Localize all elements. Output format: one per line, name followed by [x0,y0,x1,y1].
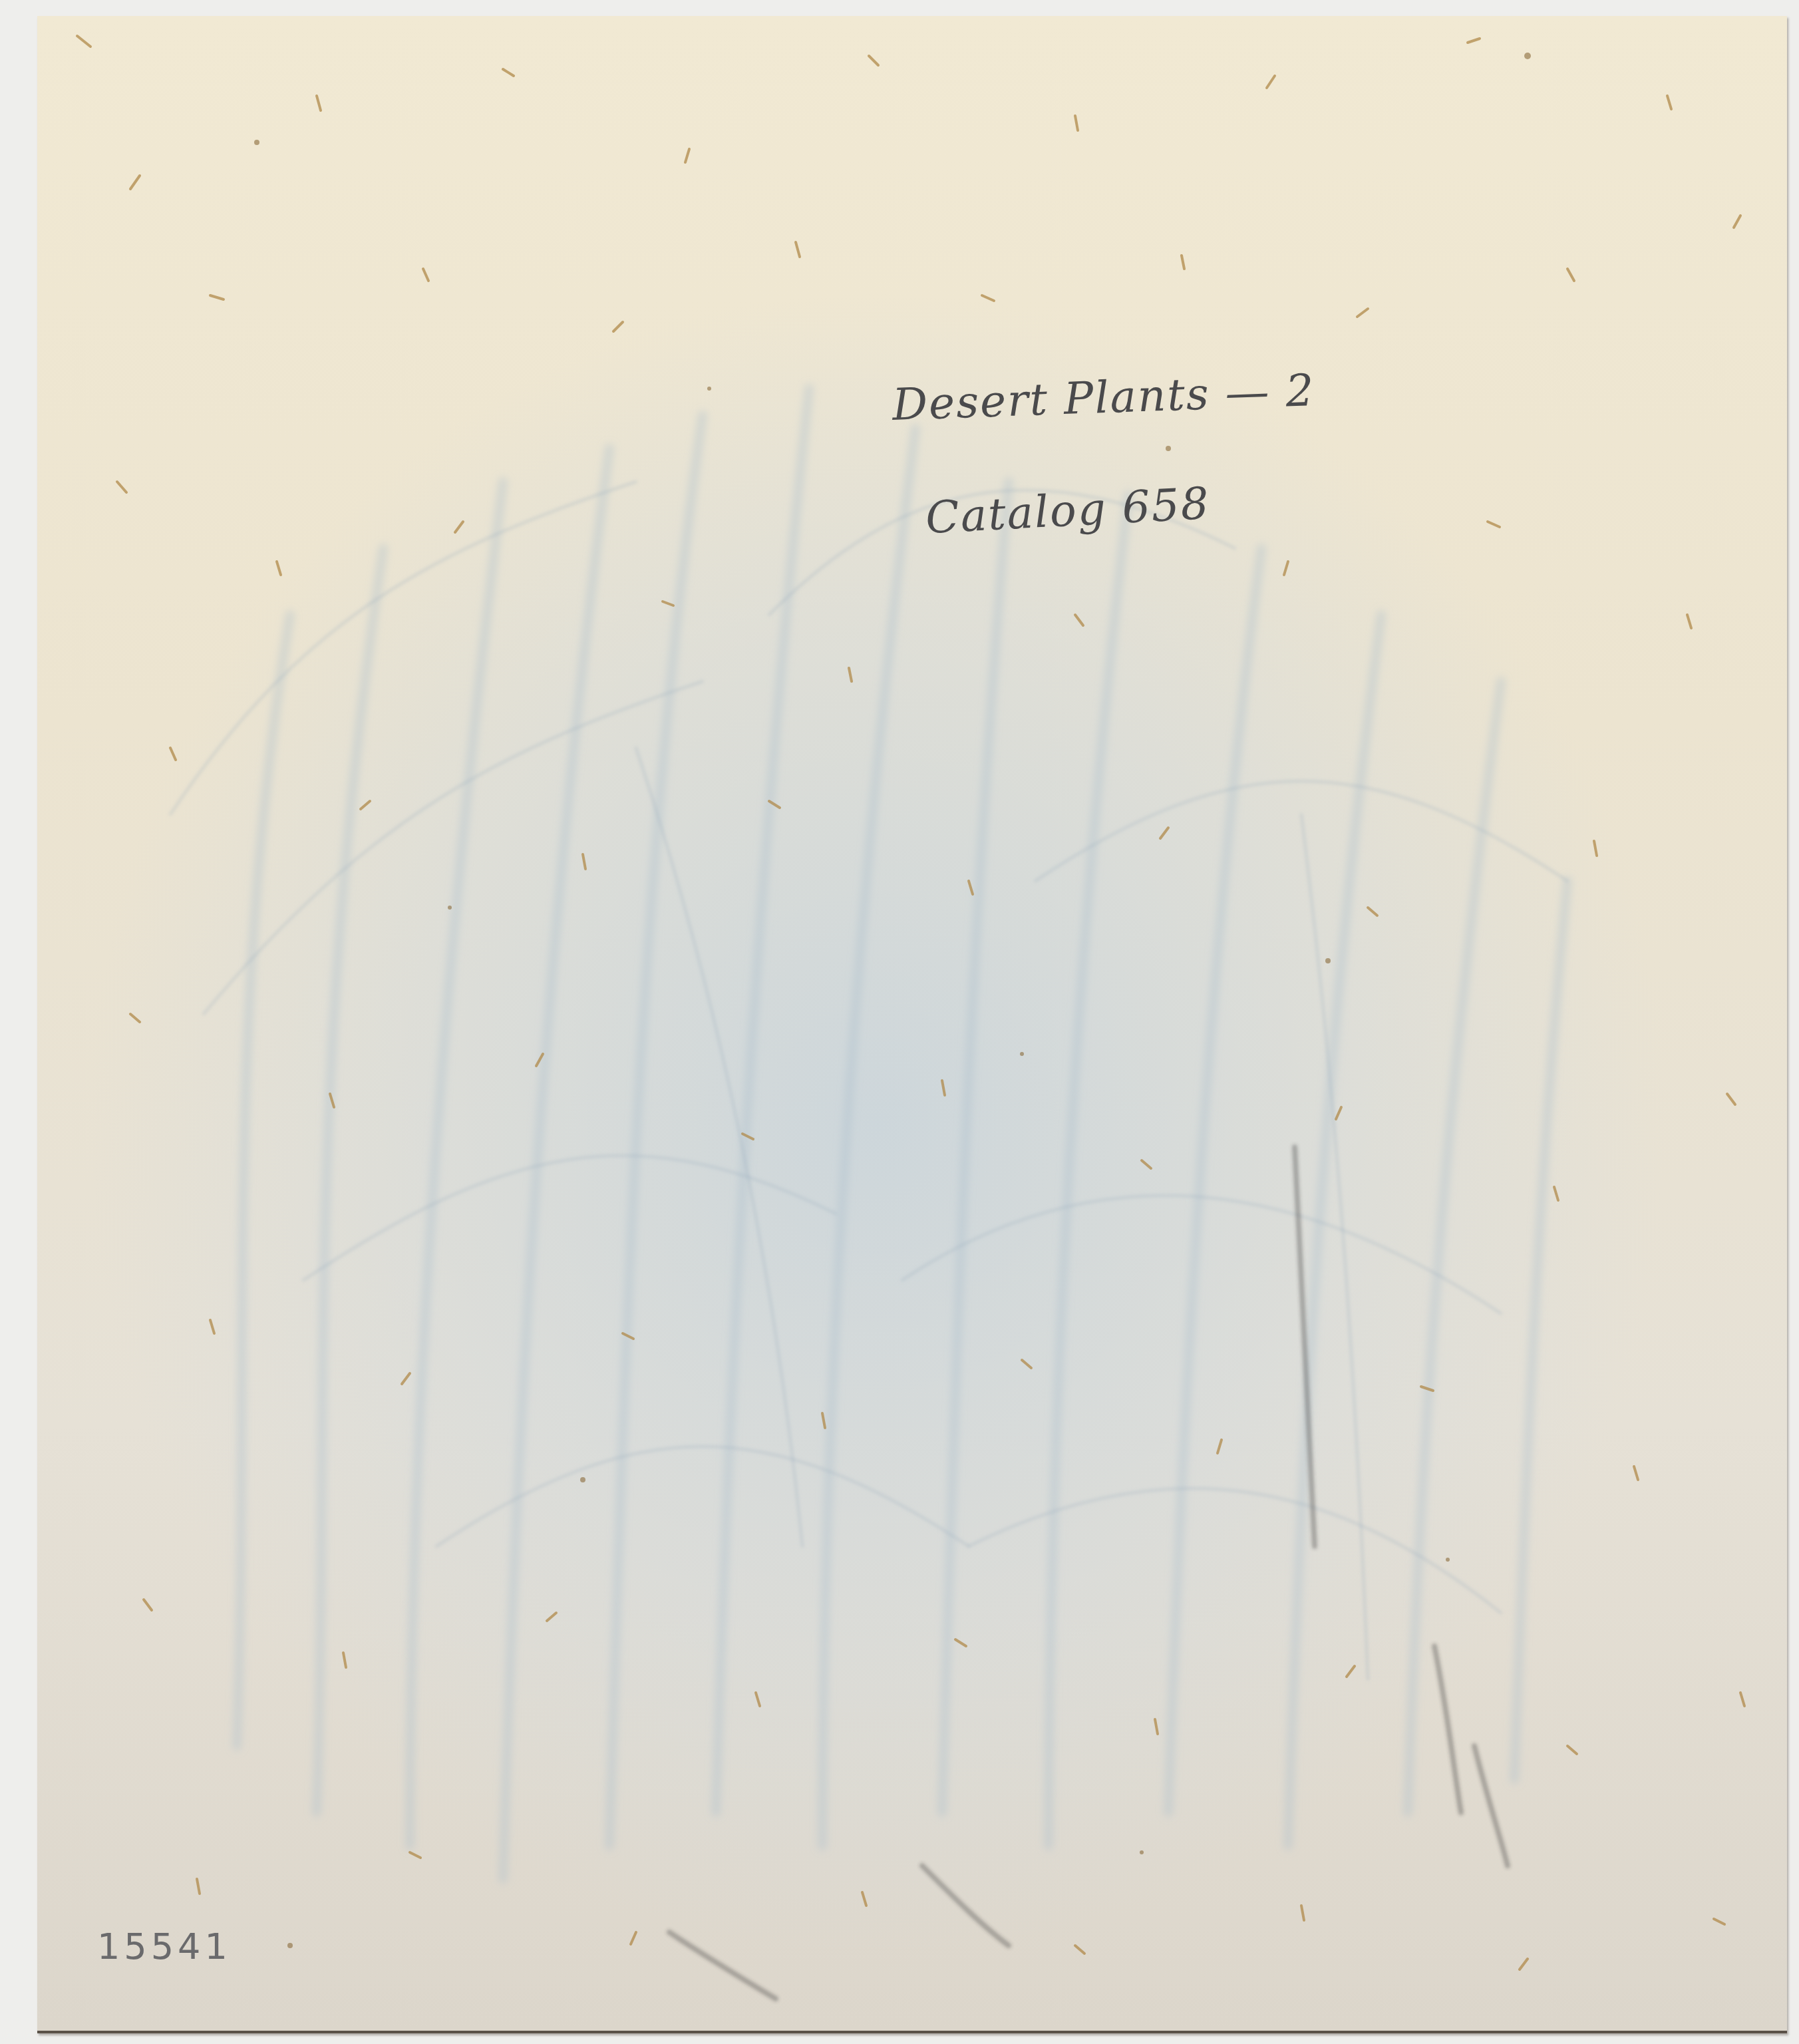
paper-sheet: Desert Plants — 2 Catalog 658 15541 [37,16,1787,2033]
pencil-inventory-number: 15541 [97,1926,232,1967]
paper-fleck-texture [37,16,1787,2031]
